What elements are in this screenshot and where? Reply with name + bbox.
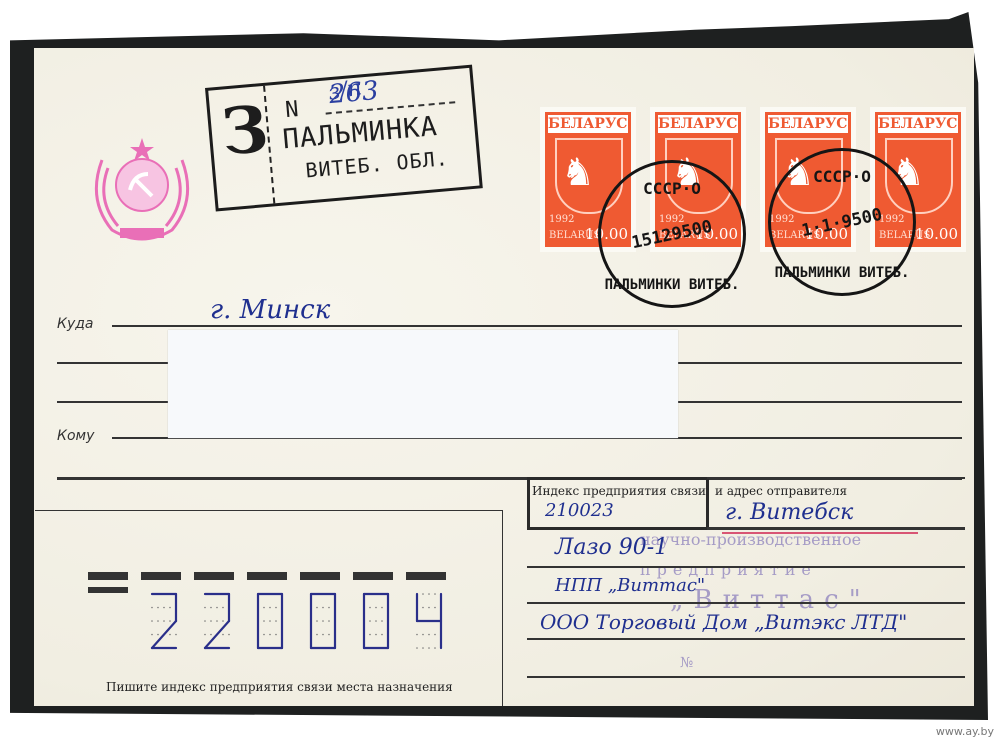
sender-address-line: НПП „Виттас" (555, 575, 705, 596)
sender-line (527, 638, 965, 640)
zip-digit (201, 590, 233, 652)
zip-bar (194, 572, 234, 580)
postmark-bottom: ПАЛЬМИНКИ ВИТЕБ. (601, 277, 743, 293)
zip-bar (141, 572, 181, 580)
address-cover-sticker (168, 330, 678, 438)
registration-stamp: З N 263 ПАЛЬМИНКА ВИТЕБ. ОБЛ. (205, 65, 483, 212)
postmark-top: СССР·О (601, 179, 743, 198)
zip-digit (148, 590, 180, 652)
sender-address-label: и адрес отправителя (715, 484, 847, 498)
postmark: СССР·О 15129500 ПАЛЬМИНКИ ВИТЕБ. (598, 160, 746, 308)
zip-bar (88, 572, 128, 580)
stamp-year: 1992 (549, 214, 574, 225)
sender-city: г. Витебск (725, 500, 853, 525)
sender-index-value: 210023 (545, 500, 614, 521)
stamp-country: БЕЛАРУСЬ (878, 115, 958, 133)
registration-number: 263 (328, 76, 380, 110)
zip-digit (254, 590, 286, 652)
ussr-coat-of-arms-icon (82, 130, 202, 250)
postmark-date: 15129500 (600, 210, 743, 259)
stamp-country: БЕЛАРУСЬ (548, 115, 628, 133)
zip-bar (353, 572, 393, 580)
to-where-label: Куда (57, 316, 93, 332)
postmark-top: СССР·О (771, 167, 913, 186)
recipient-city: г. Минск (210, 295, 330, 325)
sender-line (527, 602, 965, 604)
stamp-country: БЕЛАРУСЬ (768, 115, 848, 133)
registration-prefix: N (284, 97, 299, 123)
zip-bar (247, 572, 287, 580)
org-stamp-line: научно-производственное (640, 530, 861, 549)
address-line (112, 325, 962, 327)
registration-letter: З (219, 92, 272, 171)
sender-line (707, 477, 965, 479)
registration-letter-box: З (208, 86, 275, 209)
zip-digit (413, 590, 445, 652)
org-stamp-line: № (680, 655, 693, 671)
stamp-value: 10.00 (915, 225, 958, 243)
zip-digit (360, 590, 392, 652)
postmark: СССР·О 1·1·9500 ПАЛЬМИНКИ ВИТЕБ. (768, 148, 916, 296)
watermark: www.ay.by (936, 725, 994, 738)
sender-index-label: Индекс предприятия связи (532, 484, 706, 498)
zip-digit (307, 590, 339, 652)
stamp-country: БЕЛАРУСЬ (658, 115, 738, 133)
postmark-bottom: ПАЛЬМИНКИ ВИТЕБ. (771, 265, 913, 281)
zip-caption: Пишите индекс предприятия связи места на… (106, 680, 453, 694)
sender-line (527, 566, 965, 568)
zip-bar (88, 587, 128, 593)
sender-address-line: Лазо 90-1 (555, 535, 668, 560)
to-whom-label: Кому (57, 428, 94, 444)
sender-address-line: ООО Торговый Дом „Витэкс ЛТД" (540, 610, 907, 634)
knight-icon: ♞ (561, 150, 595, 194)
sender-line (527, 676, 965, 678)
zip-bar (300, 572, 340, 580)
postmark-date: 1·1·9500 (770, 198, 913, 247)
zip-bar (406, 572, 446, 580)
